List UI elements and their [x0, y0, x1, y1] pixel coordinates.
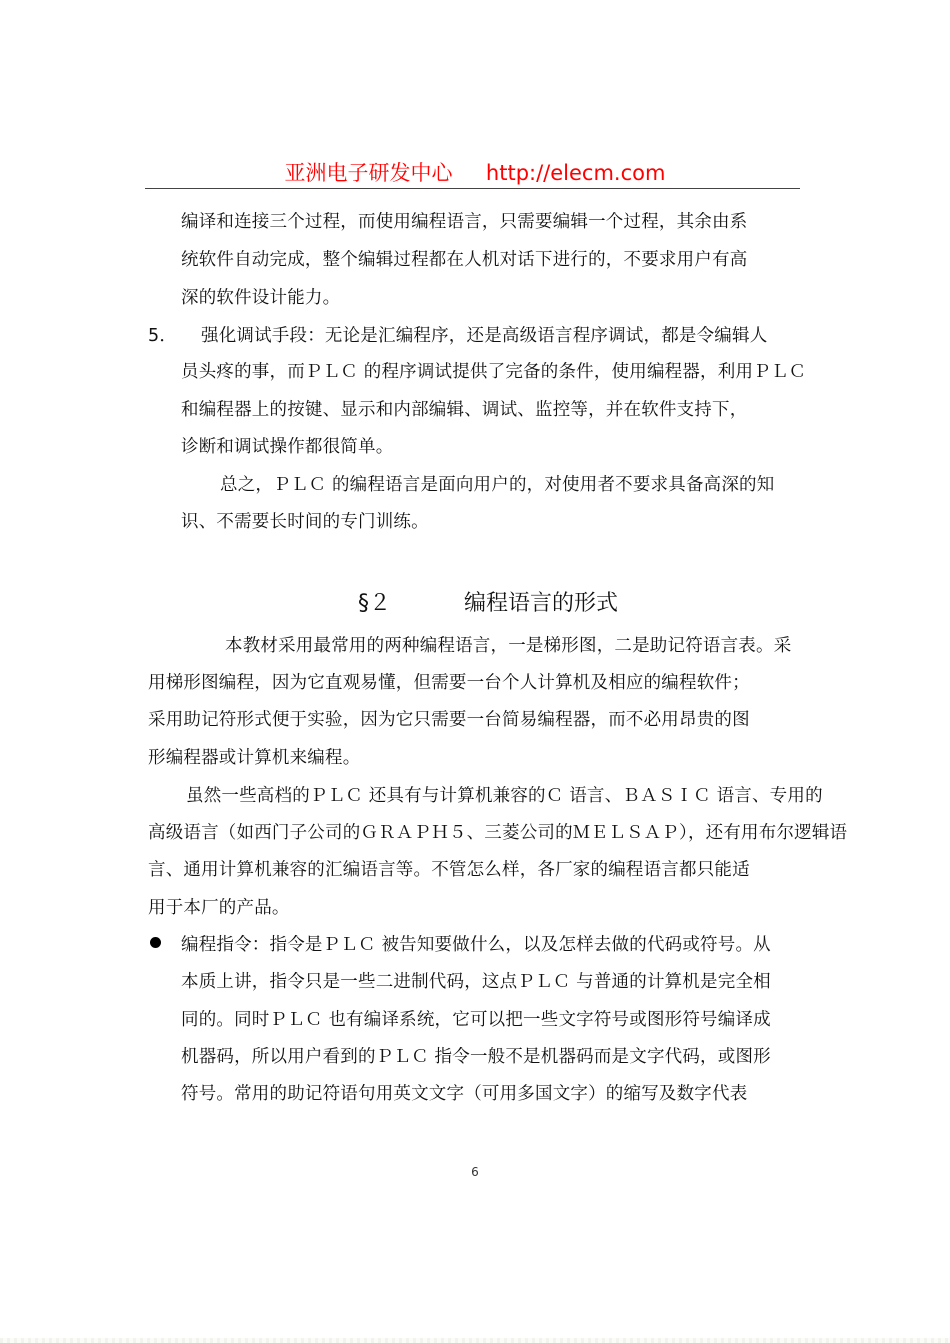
- section-number: §２: [358, 589, 464, 619]
- paragraph-line: 用梯形图编程，因为它直观易懂，但需要一台个人计算机及相应的编程软件；: [148, 671, 750, 695]
- paragraph-line: 统软件自动完成，整个编辑过程都在人机对话下进行的，不要求用户有高: [181, 248, 747, 272]
- bullet-line: 编程指令：指令是ＰＬＣ 被告知要做什么，以及怎样去做的代码或符号。从: [181, 933, 771, 957]
- paragraph-line: 编译和连接三个过程，而使用编程语言，只需要编辑一个过程，其余由系: [181, 210, 747, 234]
- bottom-edge: [0, 1338, 950, 1343]
- bullet-icon: [150, 937, 161, 948]
- bullet-line: 符号。常用的助记符语句用英文文字（可用多国文字）的缩写及数字代表: [181, 1082, 747, 1106]
- summary-line: 总之，ＰＬＣ 的编程语言是面向用户的，对使用者不要求具备高深的知: [220, 473, 774, 497]
- bullet-line: 同的。同时ＰＬＣ 也有编译系统，它可以把一些文字符号或图形符号编译成: [181, 1008, 771, 1032]
- list-item-line: 员头疼的事，而ＰＬＣ 的程序调试提供了完备的条件，使用编程器，利用ＰＬＣ: [181, 360, 806, 384]
- section-title: 编程语言的形式: [464, 591, 618, 616]
- paragraph-line: 深的软件设计能力。: [181, 286, 340, 310]
- list-item-line: 诊断和调试操作都很简单。: [181, 435, 393, 459]
- section-heading: §２编程语言的形式: [358, 589, 618, 619]
- summary-line: 识、不需要长时间的专门训练。: [181, 510, 429, 534]
- paragraph-line: 本教材采用最常用的两种编程语言，一是梯形图，二是助记符语言表。采: [225, 634, 791, 658]
- paragraph-line: 虽然一些高档的ＰＬＣ 还具有与计算机兼容的Ｃ 语言、ＢＡＳＩＣ 语言、专用的: [186, 784, 823, 808]
- list-item-line: 强化调试手段：无论是汇编程序，还是高级语言程序调试，都是令编辑人: [201, 324, 767, 348]
- paragraph-line: 高级语言（如西门子公司的ＧＲＡＰＨ５、三菱公司的ＭＥＬＳＡＰ），还有用布尔逻辑语: [148, 821, 847, 845]
- paragraph-line: 言、通用计算机兼容的汇编语言等。不管怎么样，各厂家的编程语言都只能适: [148, 858, 750, 882]
- paragraph-line: 用于本厂的产品。: [148, 896, 290, 920]
- paragraph-line: 形编程器或计算机来编程。: [148, 746, 360, 770]
- list-item-line: 和编程器上的按键、显示和内部编辑、调试、监控等，并在软件支持下，: [181, 398, 747, 422]
- paragraph-line: 采用助记符形式便于实验，因为它只需要一台简易编程器，而不必用昂贵的图: [148, 708, 750, 732]
- header-site-url: http://elecm.com: [486, 161, 666, 185]
- bullet-line: 机器码，所以用户看到的ＰＬＣ 指令一般不是机器码而是文字代码，或图形: [181, 1045, 771, 1069]
- page-number: 6: [0, 1165, 950, 1179]
- header-site-name: 亚洲电子研发中心: [285, 161, 453, 185]
- page-header: 亚洲电子研发中心 http://elecm.com: [0, 157, 950, 187]
- bullet-line: 本质上讲，指令只是一些二进制代码，这点ＰＬＣ 与普通的计算机是完全相: [181, 970, 771, 994]
- header-divider: [145, 188, 800, 189]
- list-number: 5．: [148, 324, 177, 348]
